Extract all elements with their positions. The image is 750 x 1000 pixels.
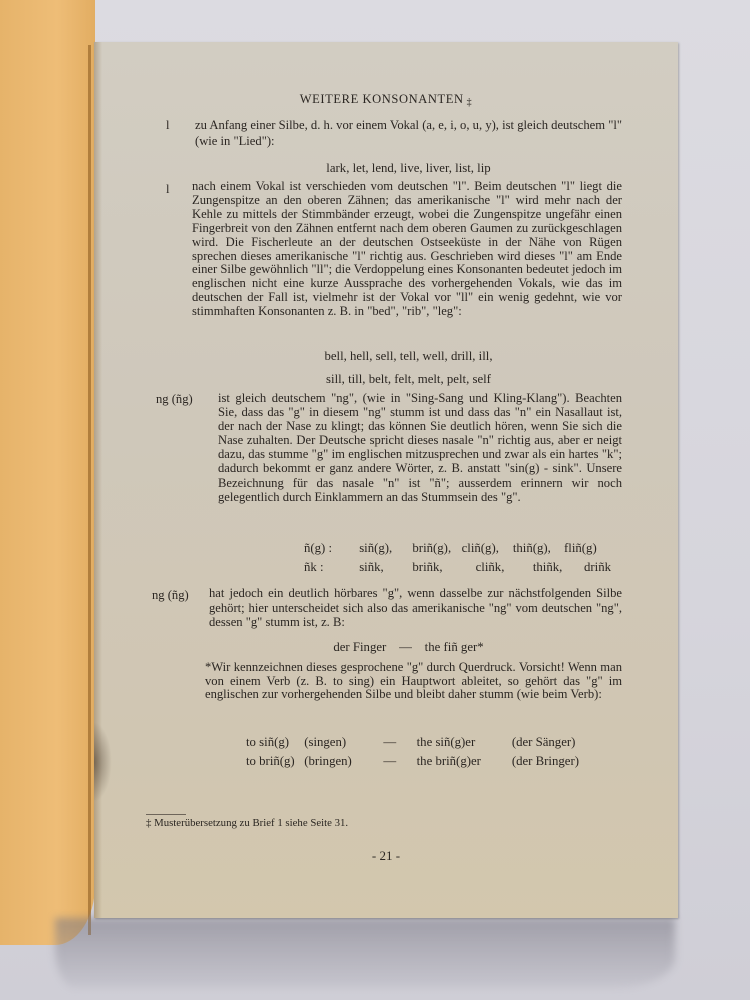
example-german: der Finger: [333, 640, 386, 654]
section-label-l-1: l: [166, 118, 170, 133]
page-title: WEITERE KONSONANTEN‡: [94, 92, 678, 108]
example-line: bell, hell, sell, tell, well, drill, ill…: [195, 349, 622, 364]
footnote-divider: [146, 814, 186, 815]
table-key: ñk :: [304, 560, 356, 575]
example-line: lark, let, lend, live, liver, list, lip: [195, 161, 622, 176]
book-page: WEITERE KONSONANTEN‡ l zu Anfang einer S…: [94, 42, 678, 918]
section-label-l-2: l: [166, 182, 170, 197]
pair-dash: —: [383, 735, 413, 750]
pair-noun: the briñ(g)er: [417, 754, 509, 769]
example-dash: —: [399, 640, 412, 654]
section-label-ng-2: ng (ñg): [152, 588, 189, 603]
footnote-text: Musterübersetzung zu Brief 1 siehe Seite…: [154, 817, 348, 829]
table-row: to siñ(g) (singen) — the siñ(g)er (der S…: [246, 735, 579, 754]
double-dagger-icon: ‡: [146, 817, 151, 829]
title-text: WEITERE KONSONANTEN: [300, 92, 464, 106]
ng-example-table: ñ(g) : siñ(g), briñ(g), cliñ(g), thiñ(g)…: [304, 541, 611, 579]
verb-noun-pairs: to siñ(g) (singen) — the siñ(g)er (der S…: [246, 735, 579, 773]
section-text-l-final: nach einem Vokal ist verschieden vom deu…: [192, 180, 622, 319]
pair-noun: the siñ(g)er: [417, 735, 509, 750]
table-cell: thiñk,: [533, 560, 581, 575]
finger-example: der Finger — the fiñ ger*: [195, 640, 622, 655]
table-row: ñ(g) : siñ(g), briñ(g), cliñ(g), thiñ(g)…: [304, 541, 611, 560]
footnote-note: *Wir kennzeichnen dieses gesprochene "g"…: [205, 661, 622, 702]
table-cell: siñ(g),: [359, 541, 409, 556]
page-shadow: [55, 918, 675, 988]
double-dagger-icon: ‡: [467, 97, 473, 108]
section-text-l-initial: zu Anfang einer Silbe, d. h. vor einem V…: [195, 117, 622, 149]
page-number: - 21 -: [94, 848, 678, 864]
table-cell: driñk: [584, 560, 611, 575]
pair-verb: to siñ(g): [246, 735, 301, 750]
footnote: ‡ Musterübersetzung zu Brief 1 siehe Sei…: [146, 817, 348, 829]
table-cell: briñ(g),: [412, 541, 458, 556]
table-cell: fliñ(g): [564, 541, 597, 556]
table-cell: siñk,: [359, 560, 409, 575]
table-cell: cliñk,: [476, 560, 530, 575]
pair-noun-gloss: (der Sänger): [512, 735, 576, 750]
section-text-ng-silent: ist gleich deutschem "ng", (wie in "Sing…: [218, 391, 622, 504]
pair-noun-gloss: (der Bringer): [512, 754, 579, 769]
section-text-ng-audible: hat jedoch ein deutlich hörbares "g", we…: [209, 586, 622, 630]
cover-spine-edge: [88, 45, 91, 935]
pair-gloss: (singen): [304, 735, 380, 750]
example-english: the fiñ ger*: [425, 640, 484, 654]
page-content: WEITERE KONSONANTEN‡ l zu Anfang einer S…: [94, 42, 678, 918]
table-cell: thiñ(g),: [513, 541, 561, 556]
table-cell: cliñ(g),: [462, 541, 510, 556]
book-cover: [0, 0, 95, 945]
table-cell: briñk,: [412, 560, 472, 575]
table-row: ñk : siñk, briñk, cliñk, thiñk, driñk: [304, 560, 611, 579]
pair-gloss: (bringen): [304, 754, 380, 769]
section-label-ng: ng (ñg): [156, 392, 193, 407]
table-key: ñ(g) :: [304, 541, 356, 556]
table-row: to briñ(g) (bringen) — the briñ(g)er (de…: [246, 754, 579, 773]
example-line: sill, till, belt, felt, melt, pelt, self: [195, 372, 622, 387]
pair-verb: to briñ(g): [246, 754, 301, 769]
pair-dash: —: [383, 754, 413, 769]
